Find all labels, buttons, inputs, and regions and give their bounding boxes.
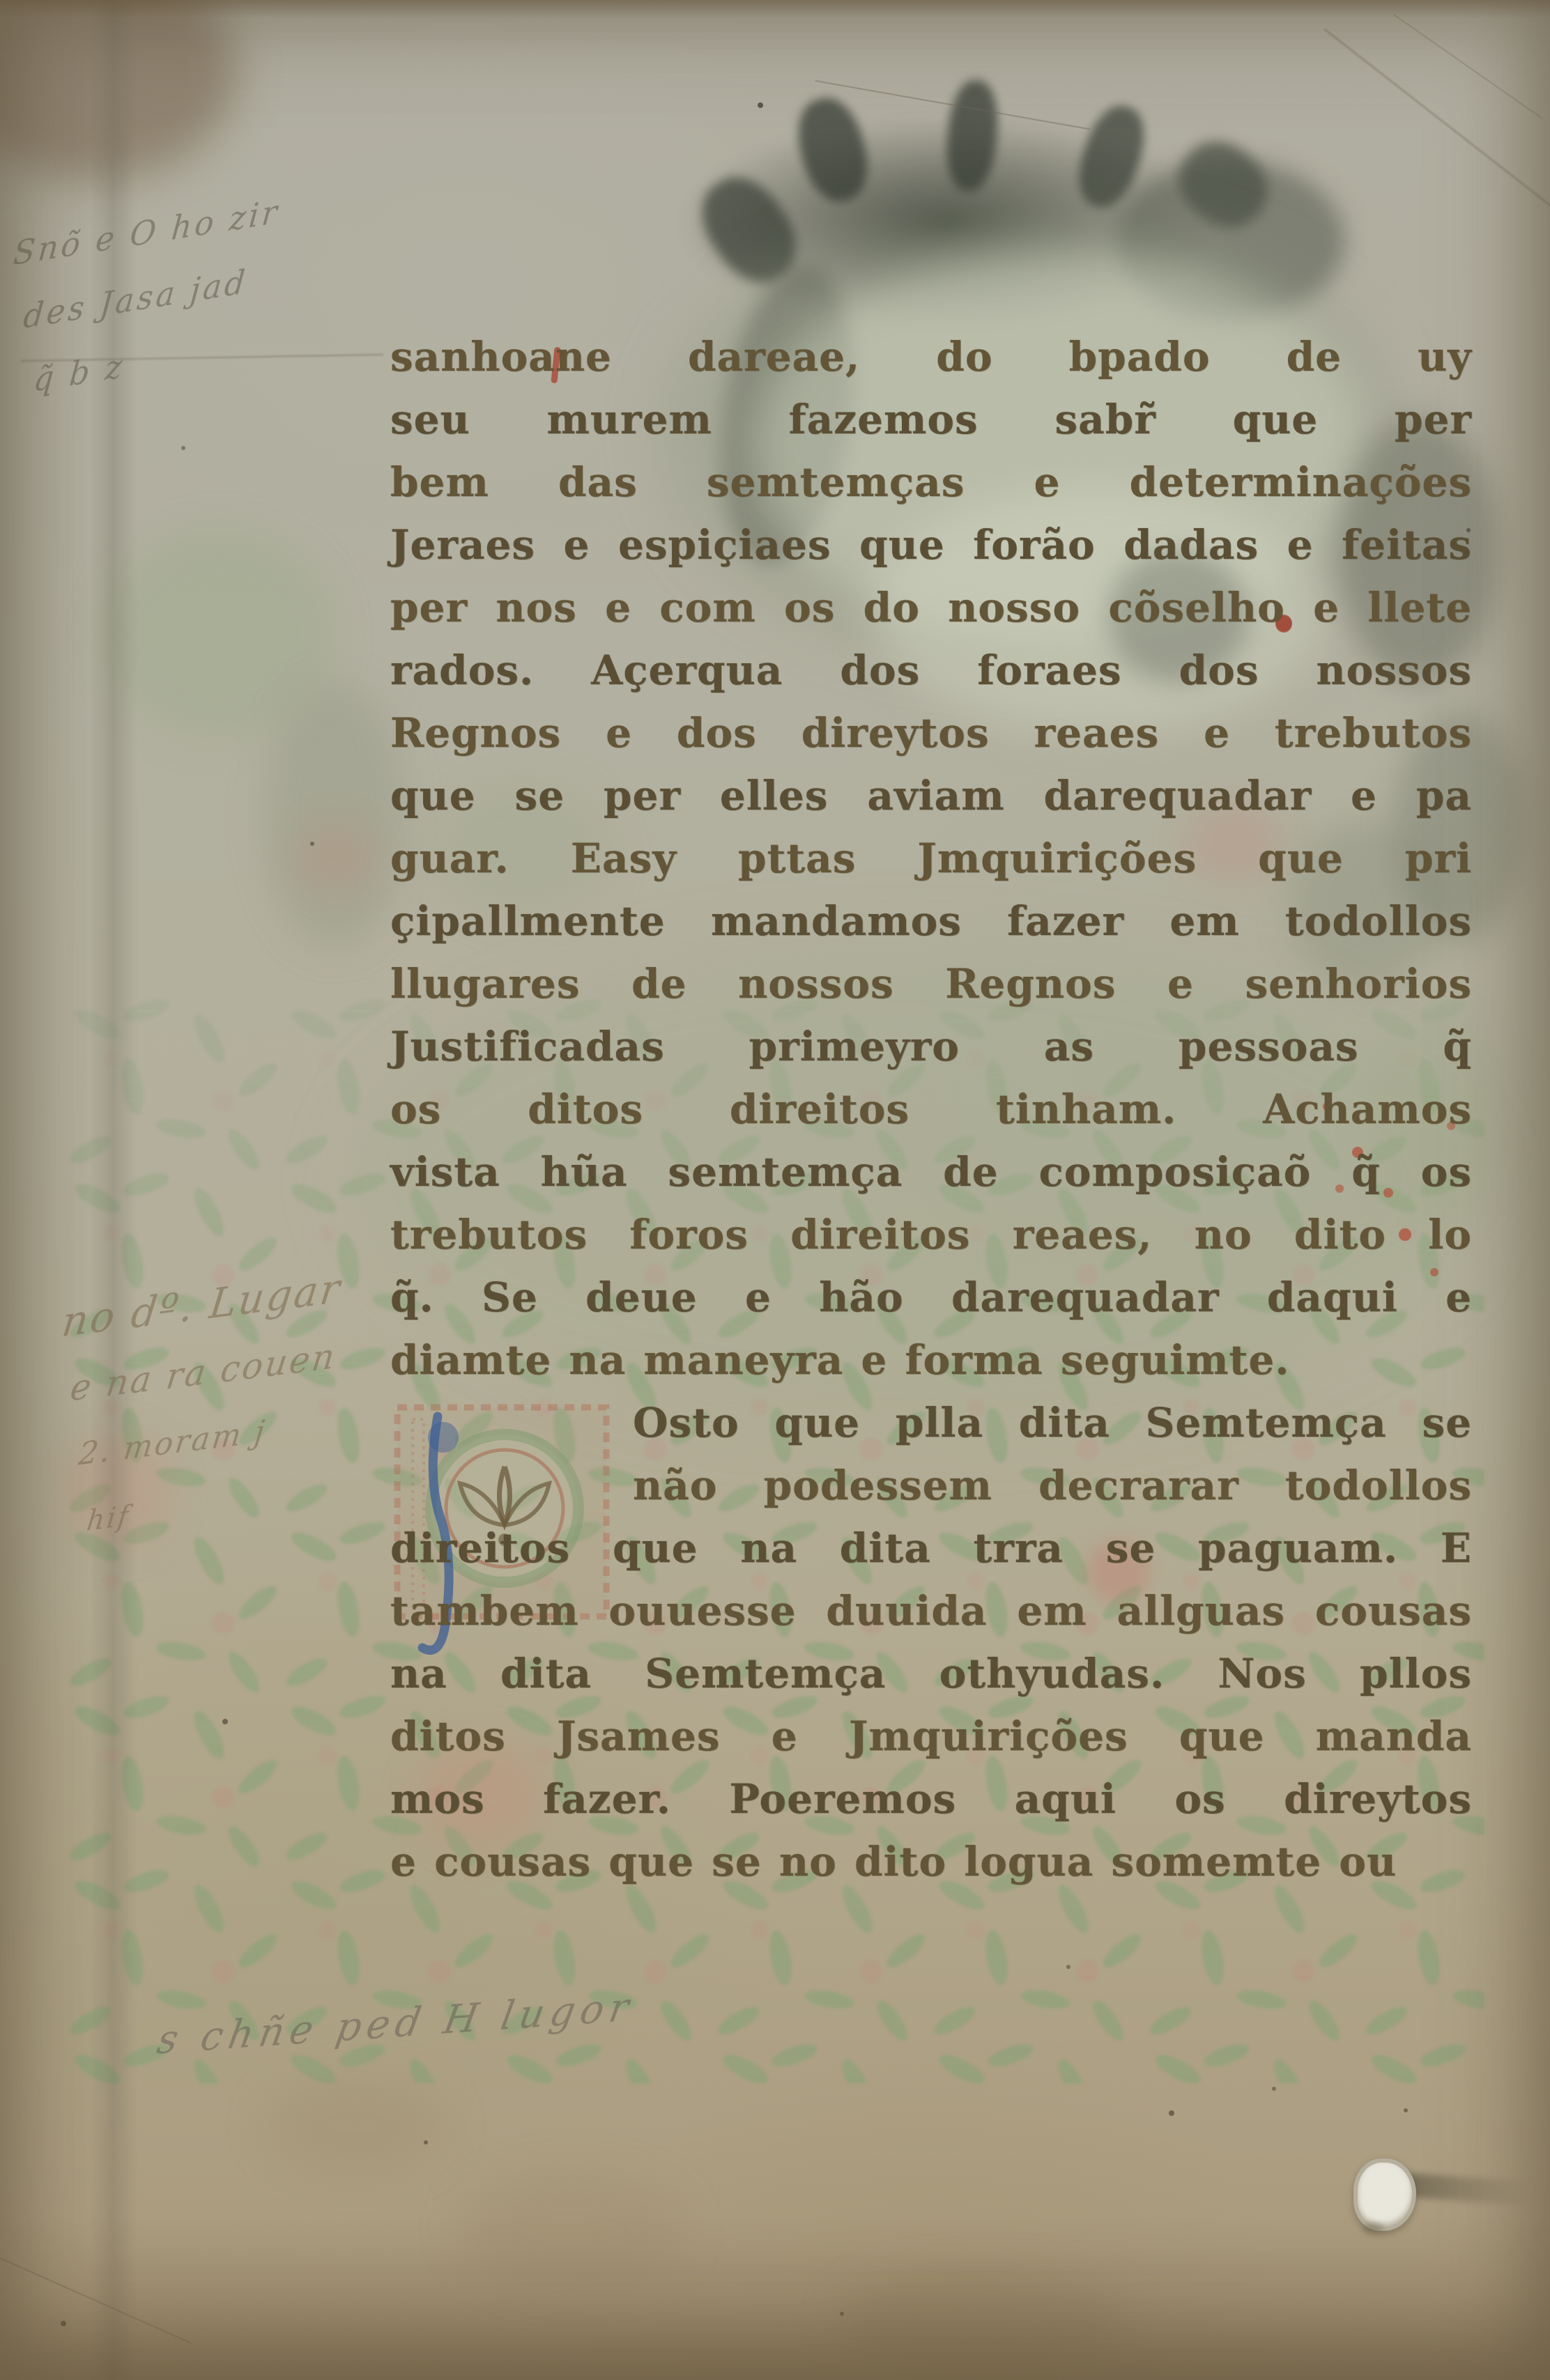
tan-blotch: [265, 2076, 446, 2174]
green-wash: [265, 683, 404, 948]
manuscript-line: Osto que plla dita Semtemça se: [633, 1399, 1472, 1463]
page-edge-top: [0, 0, 1550, 18]
page-edge-bottom: [0, 2216, 1550, 2380]
ink-stain-spike: [1069, 98, 1154, 215]
manuscript-line: na dita Semtemça othyudas. Nos pllos: [390, 1650, 1472, 1714]
manuscript-page: Snõ e O ho zir des Jasa jad q̃ b z no dº…: [0, 0, 1550, 2380]
manuscript-line: trebutos foros direitos reaes, no dito l…: [390, 1211, 1472, 1275]
manuscript-line: Jeraes e espiçiaes que forão dadas e fei…: [390, 521, 1472, 585]
manuscript-line: que se per elles aviam darequadar e pa: [390, 772, 1472, 836]
ink-stain-spike: [943, 78, 1002, 193]
fold-line: [89, 0, 138, 2380]
pink-smudge: [293, 822, 376, 892]
wormhole-shadow: [1397, 2172, 1534, 2206]
manuscript-line: Regnos e dos direytos reaes e trebutos: [390, 709, 1472, 773]
crease: [1393, 14, 1542, 119]
manuscript-line: per nos e com os do nosso cõselho e llet…: [390, 584, 1472, 648]
manuscript-line: llugares de nossos Regnos e senhorios: [390, 960, 1472, 1024]
manuscript-line: direitos que na dita trra se paguam. E: [390, 1524, 1472, 1589]
marginalia-line: des Jasa jad: [21, 216, 454, 349]
manuscript-line: çipallmente mandamos fazer em todollos: [390, 897, 1472, 961]
manuscript-line: q̃. Se deue e hão darequadar daqui e: [390, 1274, 1472, 1338]
ink-stain-spike: [789, 91, 877, 208]
marginalia-line: Snõ e O ho zir: [10, 153, 443, 286]
manuscript-line: mos fazer. Poeremos aqui os direytos: [390, 1775, 1472, 1839]
ink-stain: [683, 118, 1213, 327]
manuscript-line: não podessem decrarar todollos: [633, 1462, 1472, 1526]
green-wash: [105, 530, 335, 739]
manuscript-line: os ditos direitos tinham. Achamos: [390, 1085, 1472, 1150]
crease: [815, 80, 1090, 130]
manuscript-line: bem das semtemças e determinações: [390, 458, 1472, 523]
manuscript-line: seu murem fazemos sabr̃ que per: [390, 396, 1472, 460]
manuscript-line: tambem ouuesse duuida em allguas cousas: [390, 1587, 1472, 1651]
manuscript-line: e cousas que se no dito logua somemte ou: [390, 1838, 1472, 1902]
manuscript-line: vista hũa semtemça de composiçaõ q̃ os: [390, 1148, 1472, 1212]
manuscript-line: sanhoane dareae, do bpado de uy: [390, 333, 1472, 397]
manuscript-line: ditos Jsames e Jmquirições que manda: [390, 1713, 1472, 1777]
manuscript-line: Justificadas primeyro as pessoas q̃: [390, 1023, 1472, 1087]
ink-stain-spike: [686, 162, 813, 297]
manuscript-line: rados. Açerqua dos foraes dos nossos: [390, 647, 1472, 711]
manuscript-line: guar. Easy pttas Jmquirições que pri: [390, 835, 1472, 899]
crease: [1323, 28, 1550, 210]
ink-stain-spike: [1164, 126, 1282, 243]
crease: [21, 353, 383, 362]
manuscript-line: diamte na maneyra e forma seguimte.: [390, 1336, 1472, 1400]
ink-stain-edge: [1115, 160, 1345, 320]
